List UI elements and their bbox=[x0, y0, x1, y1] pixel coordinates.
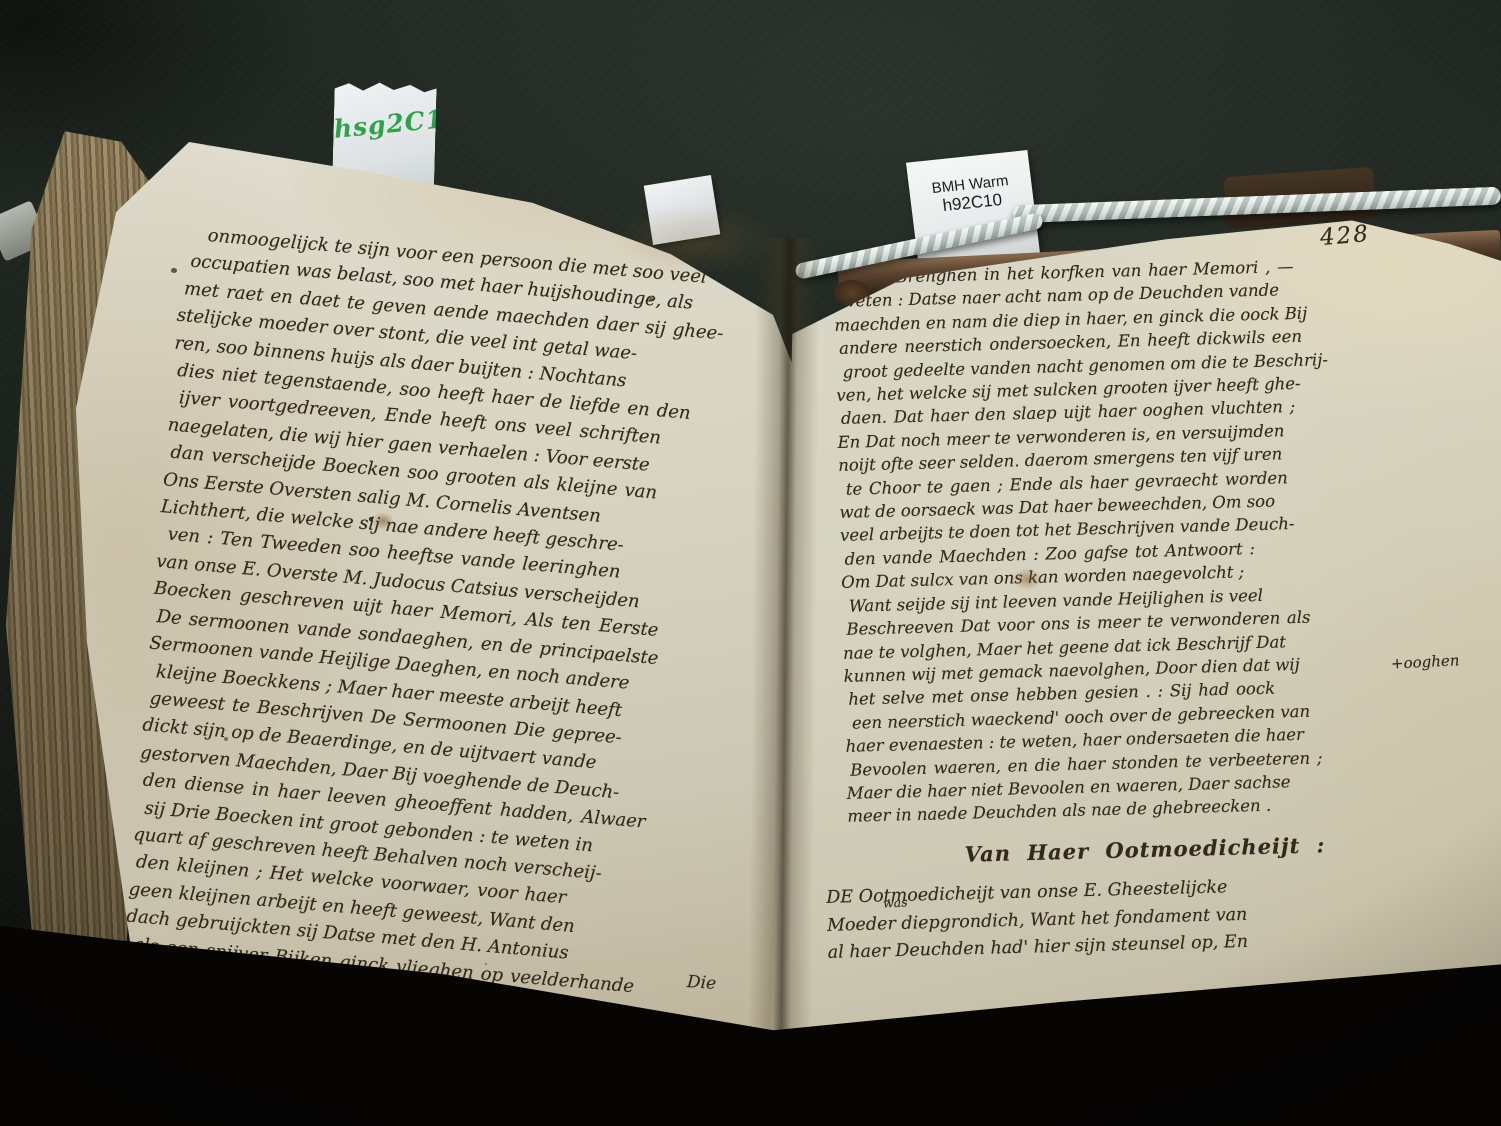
green-shelfmark-text: hsg2C10 bbox=[333, 105, 437, 144]
right-page-text-block: Die te Brenghen in het korfken van haer … bbox=[833, 251, 1455, 828]
blank-paper-slip bbox=[644, 175, 721, 245]
right-page: TEMB 428 Die te Brenghen in het korfken … bbox=[755, 205, 1501, 1065]
book-gutter-shadow bbox=[748, 238, 821, 1061]
left-page: anhit onmoogelijck te sijn voor een pers… bbox=[65, 128, 795, 1063]
bottom-shadow-strip bbox=[0, 1082, 1501, 1126]
margin-insertion-note: +ooghen bbox=[1391, 651, 1460, 673]
section-paragraph: DE Ootmoedicheijt van onse E. Gheestelij… bbox=[826, 869, 1428, 967]
ink-blot bbox=[171, 268, 177, 273]
page-number: 428 bbox=[1319, 221, 1371, 251]
manuscript-photo: hsg2C10 BMH Warm h92C10 anhit onmoogelij… bbox=[0, 0, 1501, 1126]
section-heading: Van Haer Ootmoedicheijt : bbox=[880, 830, 1410, 869]
left-page-text-block: onmoogelijck te sijn voor een persoon di… bbox=[121, 220, 778, 1034]
left-page-catchword: Die bbox=[686, 972, 716, 994]
interlinear-insertion: was bbox=[883, 894, 908, 910]
